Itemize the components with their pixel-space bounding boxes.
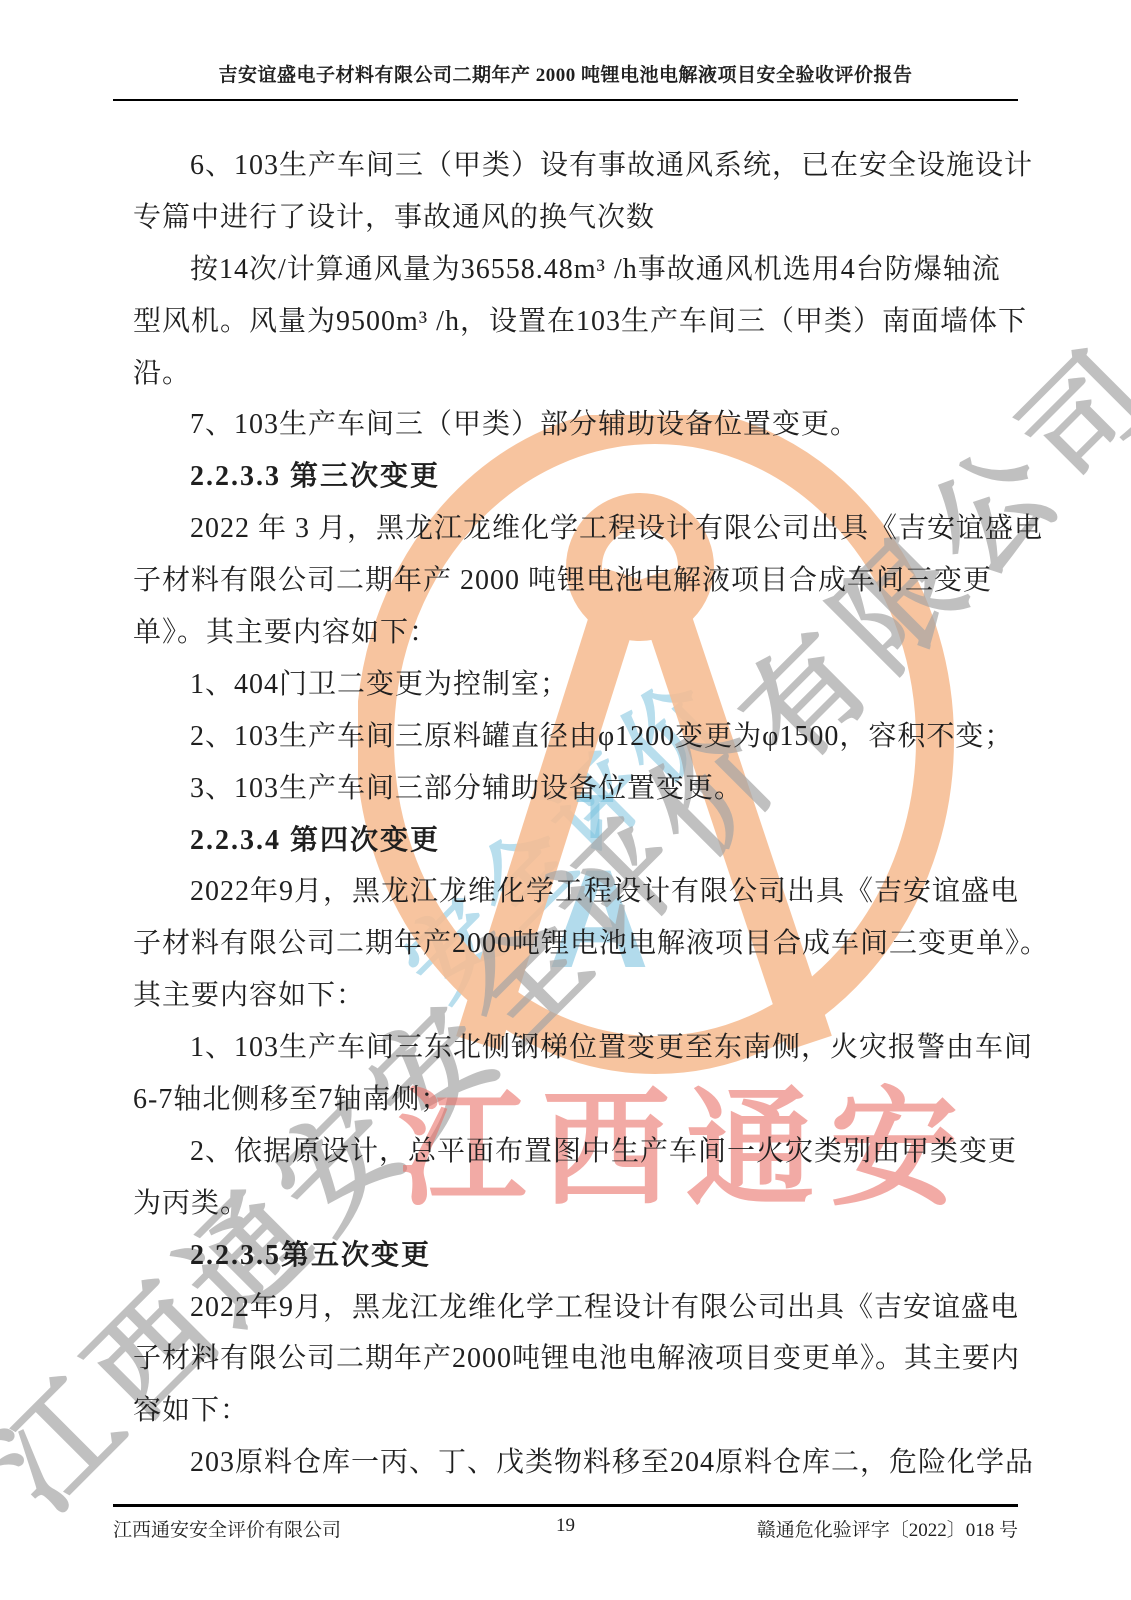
text-line: 7、103生产车间三（甲类）部分辅助设备位置变更。 — [133, 399, 1023, 451]
section-heading: 2.2.3.5第五次变更 — [133, 1230, 1023, 1282]
text-line: 2022年9月，黑龙江龙维化学工程设计有限公司出具《吉安谊盛电 — [133, 866, 1023, 918]
text-line: 单》。其主要内容如下： — [133, 607, 1023, 659]
text-line: 按14次/计算通风量为36558.48m³ /h事故通风机选用4台防爆轴流 — [133, 244, 1023, 296]
text-line: 沿。 — [133, 348, 1023, 400]
text-line: 203原料仓库一丙、丁、戊类物料移至204原料仓库二，危险化学品 — [133, 1437, 1023, 1489]
footer-doc-number: 赣通危化验评字〔2022〕018 号 — [757, 1515, 1018, 1542]
section-heading: 2.2.3.3 第三次变更 — [133, 451, 1023, 503]
section-heading: 2.2.3.4 第四次变更 — [133, 815, 1023, 867]
text-line: 专篇中进行了设计，事故通风的换气次数 — [133, 192, 1023, 244]
page-header-title: 吉安谊盛电子材料有限公司二期年产 2000 吨锂电池电解液项目安全验收评价报告 — [0, 60, 1131, 87]
text-line: 其主要内容如下： — [133, 970, 1023, 1022]
text-line: 2、103生产车间三原料罐直径由φ1200变更为φ1500，容积不变； — [133, 711, 1023, 763]
text-line: 2022年9月，黑龙江龙维化学工程设计有限公司出具《吉安谊盛电 — [133, 1282, 1023, 1334]
text-line: 6、103生产车间三（甲类）设有事故通风系统，已在安全设施设计 — [133, 140, 1023, 192]
header-rule — [113, 99, 1018, 101]
text-line: 为丙类。 — [133, 1178, 1023, 1230]
text-line: 容如下： — [133, 1385, 1023, 1437]
text-line: 型风机。风量为9500m³ /h，设置在103生产车间三（甲类）南面墙体下 — [133, 296, 1023, 348]
text-line: 1、103生产车间三东北侧钢梯位置变更至东南侧，火灾报警由车间 — [133, 1022, 1023, 1074]
document-body: 6、103生产车间三（甲类）设有事故通风系统，已在安全设施设计 专篇中进行了设计… — [133, 140, 1023, 1489]
text-line: 1、404门卫二变更为控制室； — [133, 659, 1023, 711]
footer-rule — [113, 1504, 1018, 1507]
report-page: 安全评价 T A 江西通安安全评价有限公司 江西通安 吉安谊盛电子材料有限公司二… — [0, 0, 1131, 1600]
footer-page-number: 19 — [556, 1515, 575, 1537]
text-line: 6-7轴北侧移至7轴南侧； — [133, 1074, 1023, 1126]
footer-company: 江西通安安全评价有限公司 — [113, 1515, 341, 1542]
text-line: 子材料有限公司二期年产 2000 吨锂电池电解液项目合成车间三变更 — [133, 555, 1023, 607]
text-line: 2、依据原设计，总平面布置图中生产车间一火灾类别由甲类变更 — [133, 1126, 1023, 1178]
text-line: 子材料有限公司二期年产2000吨锂电池电解液项目变更单》。其主要内 — [133, 1333, 1023, 1385]
text-line: 子材料有限公司二期年产2000吨锂电池电解液项目合成车间三变更单》。 — [133, 918, 1023, 970]
text-line: 2022 年 3 月，黑龙江龙维化学工程设计有限公司出具《吉安谊盛电 — [133, 503, 1023, 555]
text-line: 3、103生产车间三部分辅助设备位置变更。 — [133, 763, 1023, 815]
